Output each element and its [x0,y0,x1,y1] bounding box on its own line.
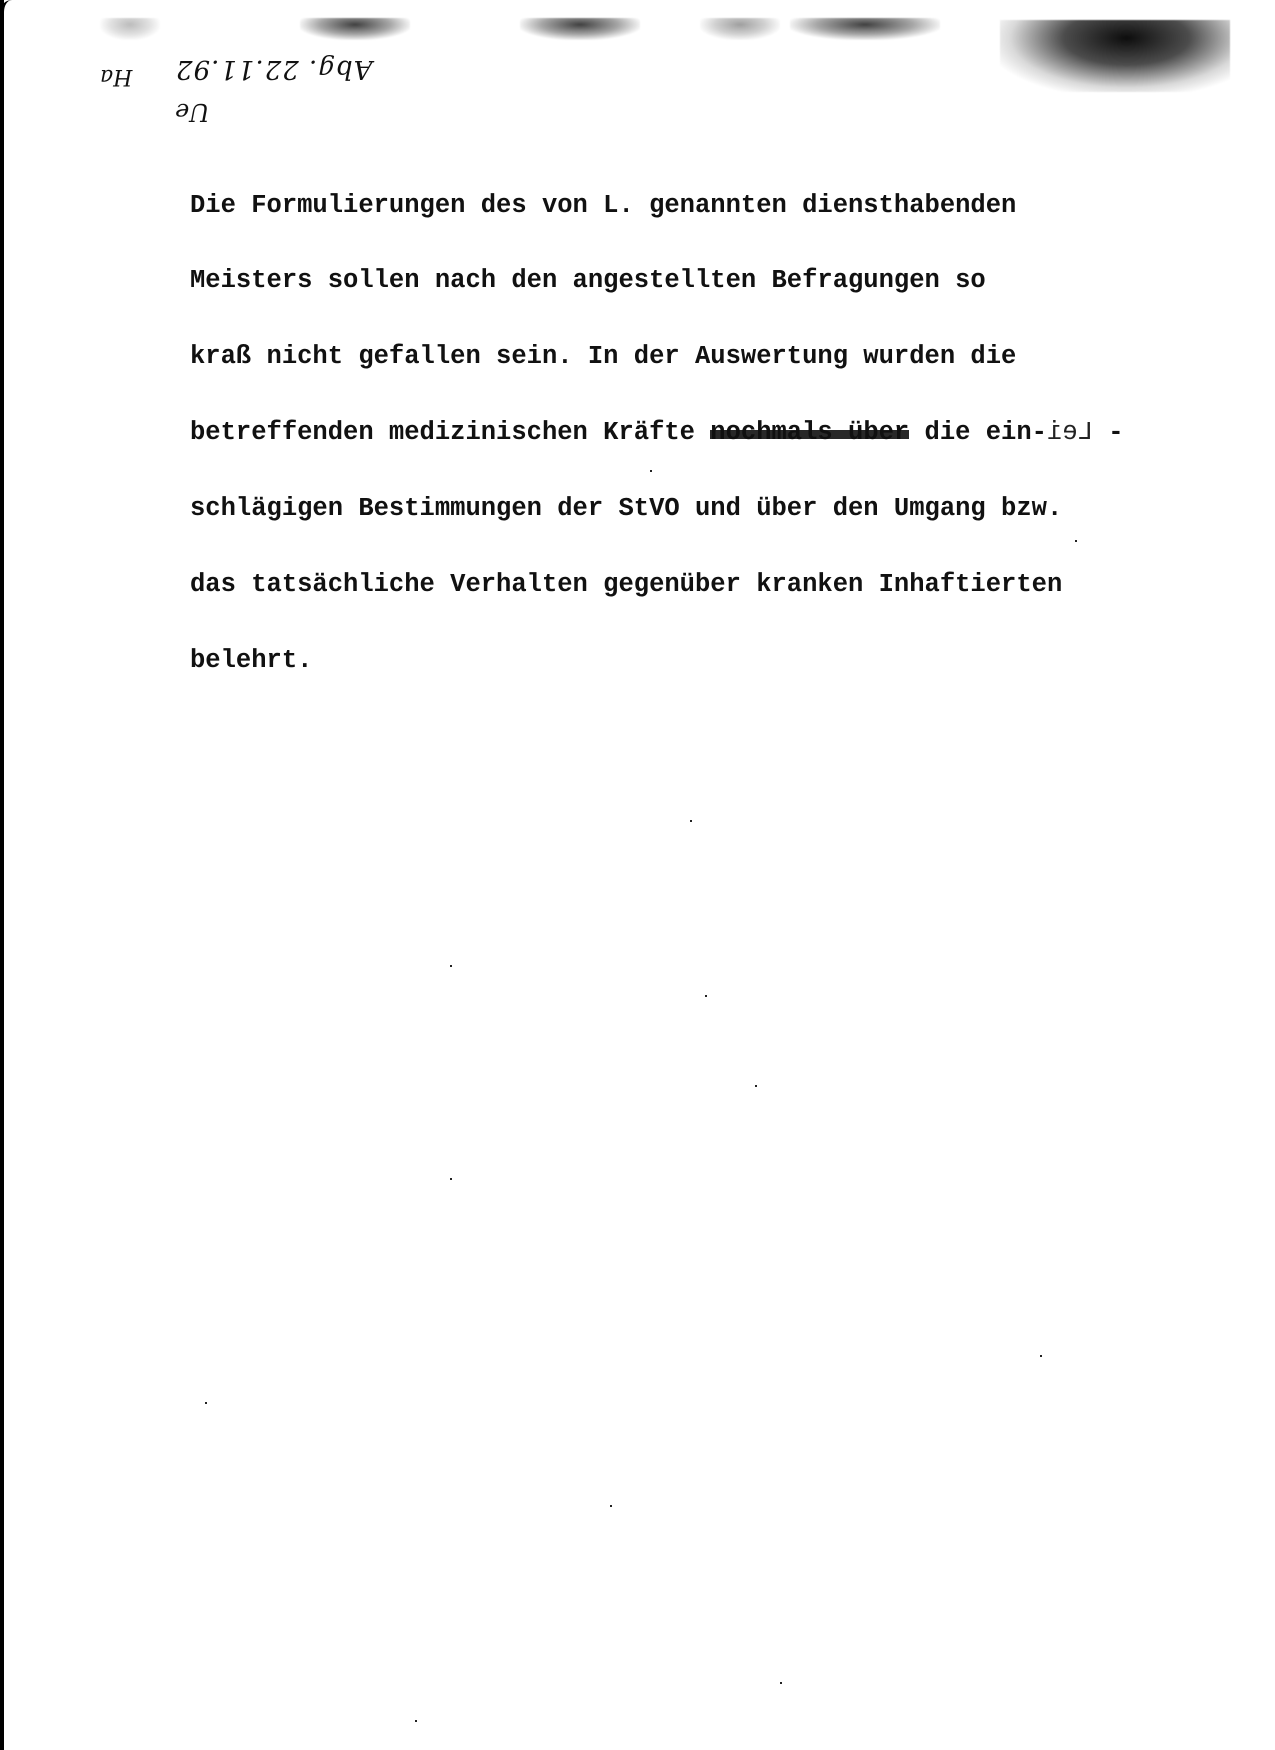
speck [610,1505,612,1507]
speck [780,1682,782,1684]
speck [415,1720,417,1722]
typed-paragraph: Die Formulierungen des von L. genannten … [190,142,1124,724]
trailing-mark: - [1093,418,1124,447]
struck-through-text: nochmals über [710,418,909,447]
text-line: schlägigen Bestimmungen der StVO und übe… [190,496,1124,521]
text-segment: betreffenden medizinischen Kräfte [190,418,710,447]
mirrored-bleed-through-text: Lei [1047,420,1093,445]
speck [205,1402,207,1404]
toner-smudge [100,18,160,40]
speck [450,965,452,967]
text-line: das tatsächliche Verhalten gegenüber kra… [190,572,1124,597]
text-line: belehrt. [190,648,1124,673]
toner-smudge [790,18,940,40]
speck [705,995,707,997]
scanned-page: Abg. 22.11.92 Ha Ue Die Formulierungen d… [0,0,1275,1750]
speck [450,1178,452,1180]
toner-smudge [700,18,780,40]
text-segment: die ein- [909,418,1047,447]
toner-smudge [300,18,410,40]
text-line-with-correction: betreffenden medizinischen Kräfte nochma… [190,420,1124,445]
toner-smudge [1000,20,1230,92]
speck [1040,1355,1042,1357]
text-line: Meisters sollen nach den angestellten Be… [190,268,1124,293]
speck [755,1085,757,1087]
handwritten-initials: Ha [100,64,132,89]
text-line: kraß nicht gefallen sein. In der Auswert… [190,344,1124,369]
scan-edge-shadow [0,0,4,1750]
speck [690,820,692,822]
handwritten-date-note: Abg. 22.11.92 [175,54,372,84]
text-line: Die Formulierungen des von L. genannten … [190,193,1124,218]
toner-smudge [520,18,640,40]
handwritten-initials: Ue [175,98,209,126]
